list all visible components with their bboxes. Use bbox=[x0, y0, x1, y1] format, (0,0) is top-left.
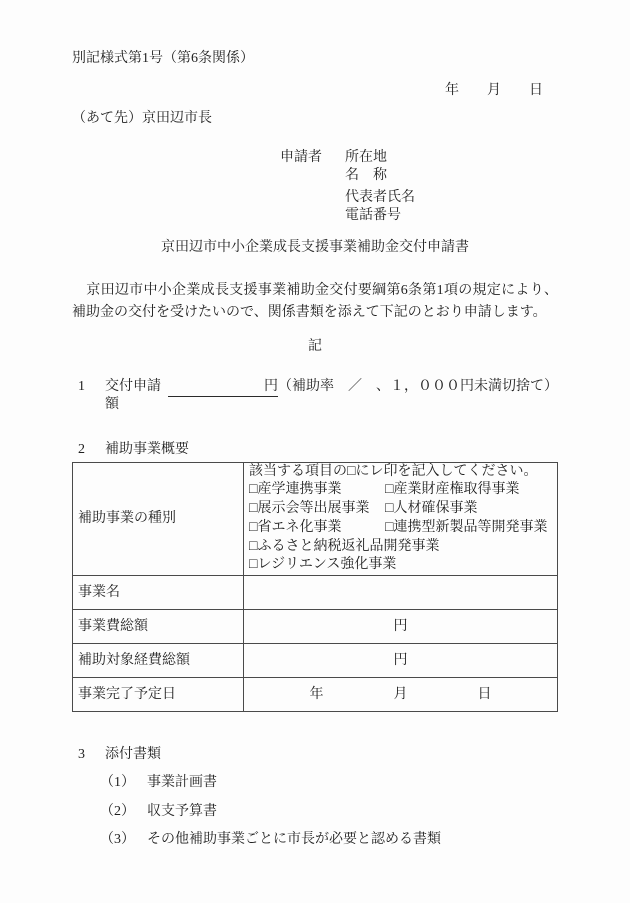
attachment-item-number: （3） bbox=[100, 831, 135, 849]
section-3-number: 3 bbox=[78, 746, 85, 764]
checkbox-item-sangyozaisan: □産業財産権取得事業 bbox=[385, 481, 519, 500]
amount-note: （補助率 ／ 、１，０００円未満切捨て） bbox=[278, 378, 558, 396]
checkbox-line: □展示会等出展事業 □人材確保事業 bbox=[249, 500, 552, 519]
attachment-item-text: 収支予算書 bbox=[147, 803, 217, 821]
amount-unit: 円 bbox=[264, 379, 278, 394]
checkbox-item-tenjikai: □展示会等出展事業 bbox=[249, 500, 385, 519]
row-label-project-name: 事業名 bbox=[73, 576, 244, 610]
applicant-field-name: 名 称 bbox=[345, 167, 415, 185]
attachment-item-text: その他補助事業ごとに市長が必要と認める書類 bbox=[147, 831, 441, 849]
checkbox-item-shoene: □省エネ化事業 bbox=[249, 519, 385, 538]
attachment-item-1: （1） 事業計画書 bbox=[100, 774, 558, 792]
table-row-type: 補助事業の種別 該当する項目の□にレ印を記入してください。 □産学連携事業 □産… bbox=[73, 462, 558, 576]
project-name-field[interactable] bbox=[244, 576, 558, 610]
checkbox-label: 連携型新製品等開発事業 bbox=[393, 520, 547, 535]
document-page: 別記様式第1号（第6条関係） 年 月 日 （あて先）京田辺市長 申請者 所在地 … bbox=[0, 0, 630, 903]
checkbox-label: 産業財産権取得事業 bbox=[393, 482, 519, 497]
applicant-field-representative: 代表者氏名 bbox=[345, 189, 415, 207]
addressee: （あて先）京田辺市長 bbox=[72, 110, 558, 128]
document-title: 京田辺市中小企業成長支援事業補助金交付申請書 bbox=[72, 239, 558, 257]
applicant-field-phone: 電話番号 bbox=[345, 207, 415, 225]
section-2-heading: 2 補助事業概要 bbox=[72, 441, 558, 459]
checkbox-item-sangaku: □産学連携事業 bbox=[249, 481, 385, 500]
attachment-item-2: （2） 収支予算書 bbox=[100, 803, 558, 821]
attachment-item-text: 事業計画書 bbox=[147, 774, 217, 792]
attachment-item-number: （1） bbox=[100, 774, 135, 792]
row-label-total-cost: 事業費総額 bbox=[73, 610, 244, 644]
checkbox-label: 人材確保事業 bbox=[393, 501, 477, 516]
section-2-number: 2 bbox=[78, 441, 85, 459]
checkbox-label: レジリエンス強化事業 bbox=[257, 557, 396, 572]
section-1-number: 1 bbox=[78, 378, 85, 396]
row-label-type: 補助事業の種別 bbox=[73, 462, 244, 576]
body-paragraph: 京田辺市中小企業成長支援事業補助金交付要綱第6条第1項の規定により、補助金の交付… bbox=[72, 280, 558, 324]
checkbox-label: ふるさと納税返礼品開発事業 bbox=[257, 539, 439, 554]
checkbox-line: □省エネ化事業 □連携型新製品等開発事業 bbox=[249, 519, 552, 538]
checkbox-instruction: 該当する項目の□にレ印を記入してください。 bbox=[249, 463, 552, 482]
total-cost-field[interactable]: 円 bbox=[244, 610, 558, 644]
applicant-field-address: 所在地 bbox=[345, 149, 415, 167]
section-1-line: 1 交付申請額 円 （補助率 ／ 、１，０００円未満切捨て） bbox=[72, 378, 558, 414]
amount-underline: 円 bbox=[168, 378, 278, 397]
section-2-label: 補助事業概要 bbox=[105, 441, 189, 459]
attachment-item-number: （2） bbox=[100, 803, 135, 821]
applicant-label: 申請者 bbox=[280, 149, 322, 225]
checkbox-line: □レジリエンス強化事業 bbox=[249, 556, 552, 575]
section-1-label: 交付申請額 bbox=[105, 378, 164, 414]
eligible-cost-field[interactable]: 円 bbox=[244, 644, 558, 678]
applicant-block: 申請者 所在地 名 称 代表者氏名 電話番号 bbox=[280, 149, 558, 225]
form-number: 別記様式第1号（第6条関係） bbox=[72, 50, 558, 68]
checkbox-label: 産学連携事業 bbox=[257, 482, 341, 497]
project-overview-table: 補助事業の種別 該当する項目の□にレ印を記入してください。 □産学連携事業 □産… bbox=[72, 462, 558, 713]
row-label-completion-date: 事業完了予定日 bbox=[73, 678, 244, 712]
ki-mark: 記 bbox=[72, 338, 558, 356]
table-row-eligible-cost: 補助対象経費総額 円 bbox=[73, 644, 558, 678]
applicant-fields: 所在地 名 称 代表者氏名 電話番号 bbox=[345, 149, 415, 225]
table-row-project-name: 事業名 bbox=[73, 576, 558, 610]
completion-date-field[interactable]: 年 月 日 bbox=[244, 678, 558, 712]
checkbox-line: □ふるさと納税返礼品開発事業 bbox=[249, 538, 552, 557]
checkbox-item-renkeigata: □連携型新製品等開発事業 bbox=[385, 519, 547, 538]
attachment-item-3: （3） その他補助事業ごとに市長が必要と認める書類 bbox=[100, 831, 558, 849]
checkbox-item-resilience: □レジリエンス強化事業 bbox=[249, 556, 396, 575]
checkbox-item-jinzai: □人材確保事業 bbox=[385, 500, 477, 519]
checkbox-label: 展示会等出展事業 bbox=[257, 501, 369, 516]
date-line: 年 月 日 bbox=[72, 82, 558, 100]
table-row-completion-date: 事業完了予定日 年 月 日 bbox=[73, 678, 558, 712]
checkbox-line: □産学連携事業 □産業財産権取得事業 bbox=[249, 481, 552, 500]
row-label-eligible-cost: 補助対象経費総額 bbox=[73, 644, 244, 678]
row-value-type: 該当する項目の□にレ印を記入してください。 □産学連携事業 □産業財産権取得事業… bbox=[244, 462, 558, 576]
checkbox-label: 省エネ化事業 bbox=[257, 520, 341, 535]
section-3-label: 添付書類 bbox=[105, 746, 161, 764]
table-row-total-cost: 事業費総額 円 bbox=[73, 610, 558, 644]
checkbox-item-furusato: □ふるさと納税返礼品開発事業 bbox=[249, 538, 439, 557]
section-3-heading: 3 添付書類 bbox=[72, 746, 558, 764]
